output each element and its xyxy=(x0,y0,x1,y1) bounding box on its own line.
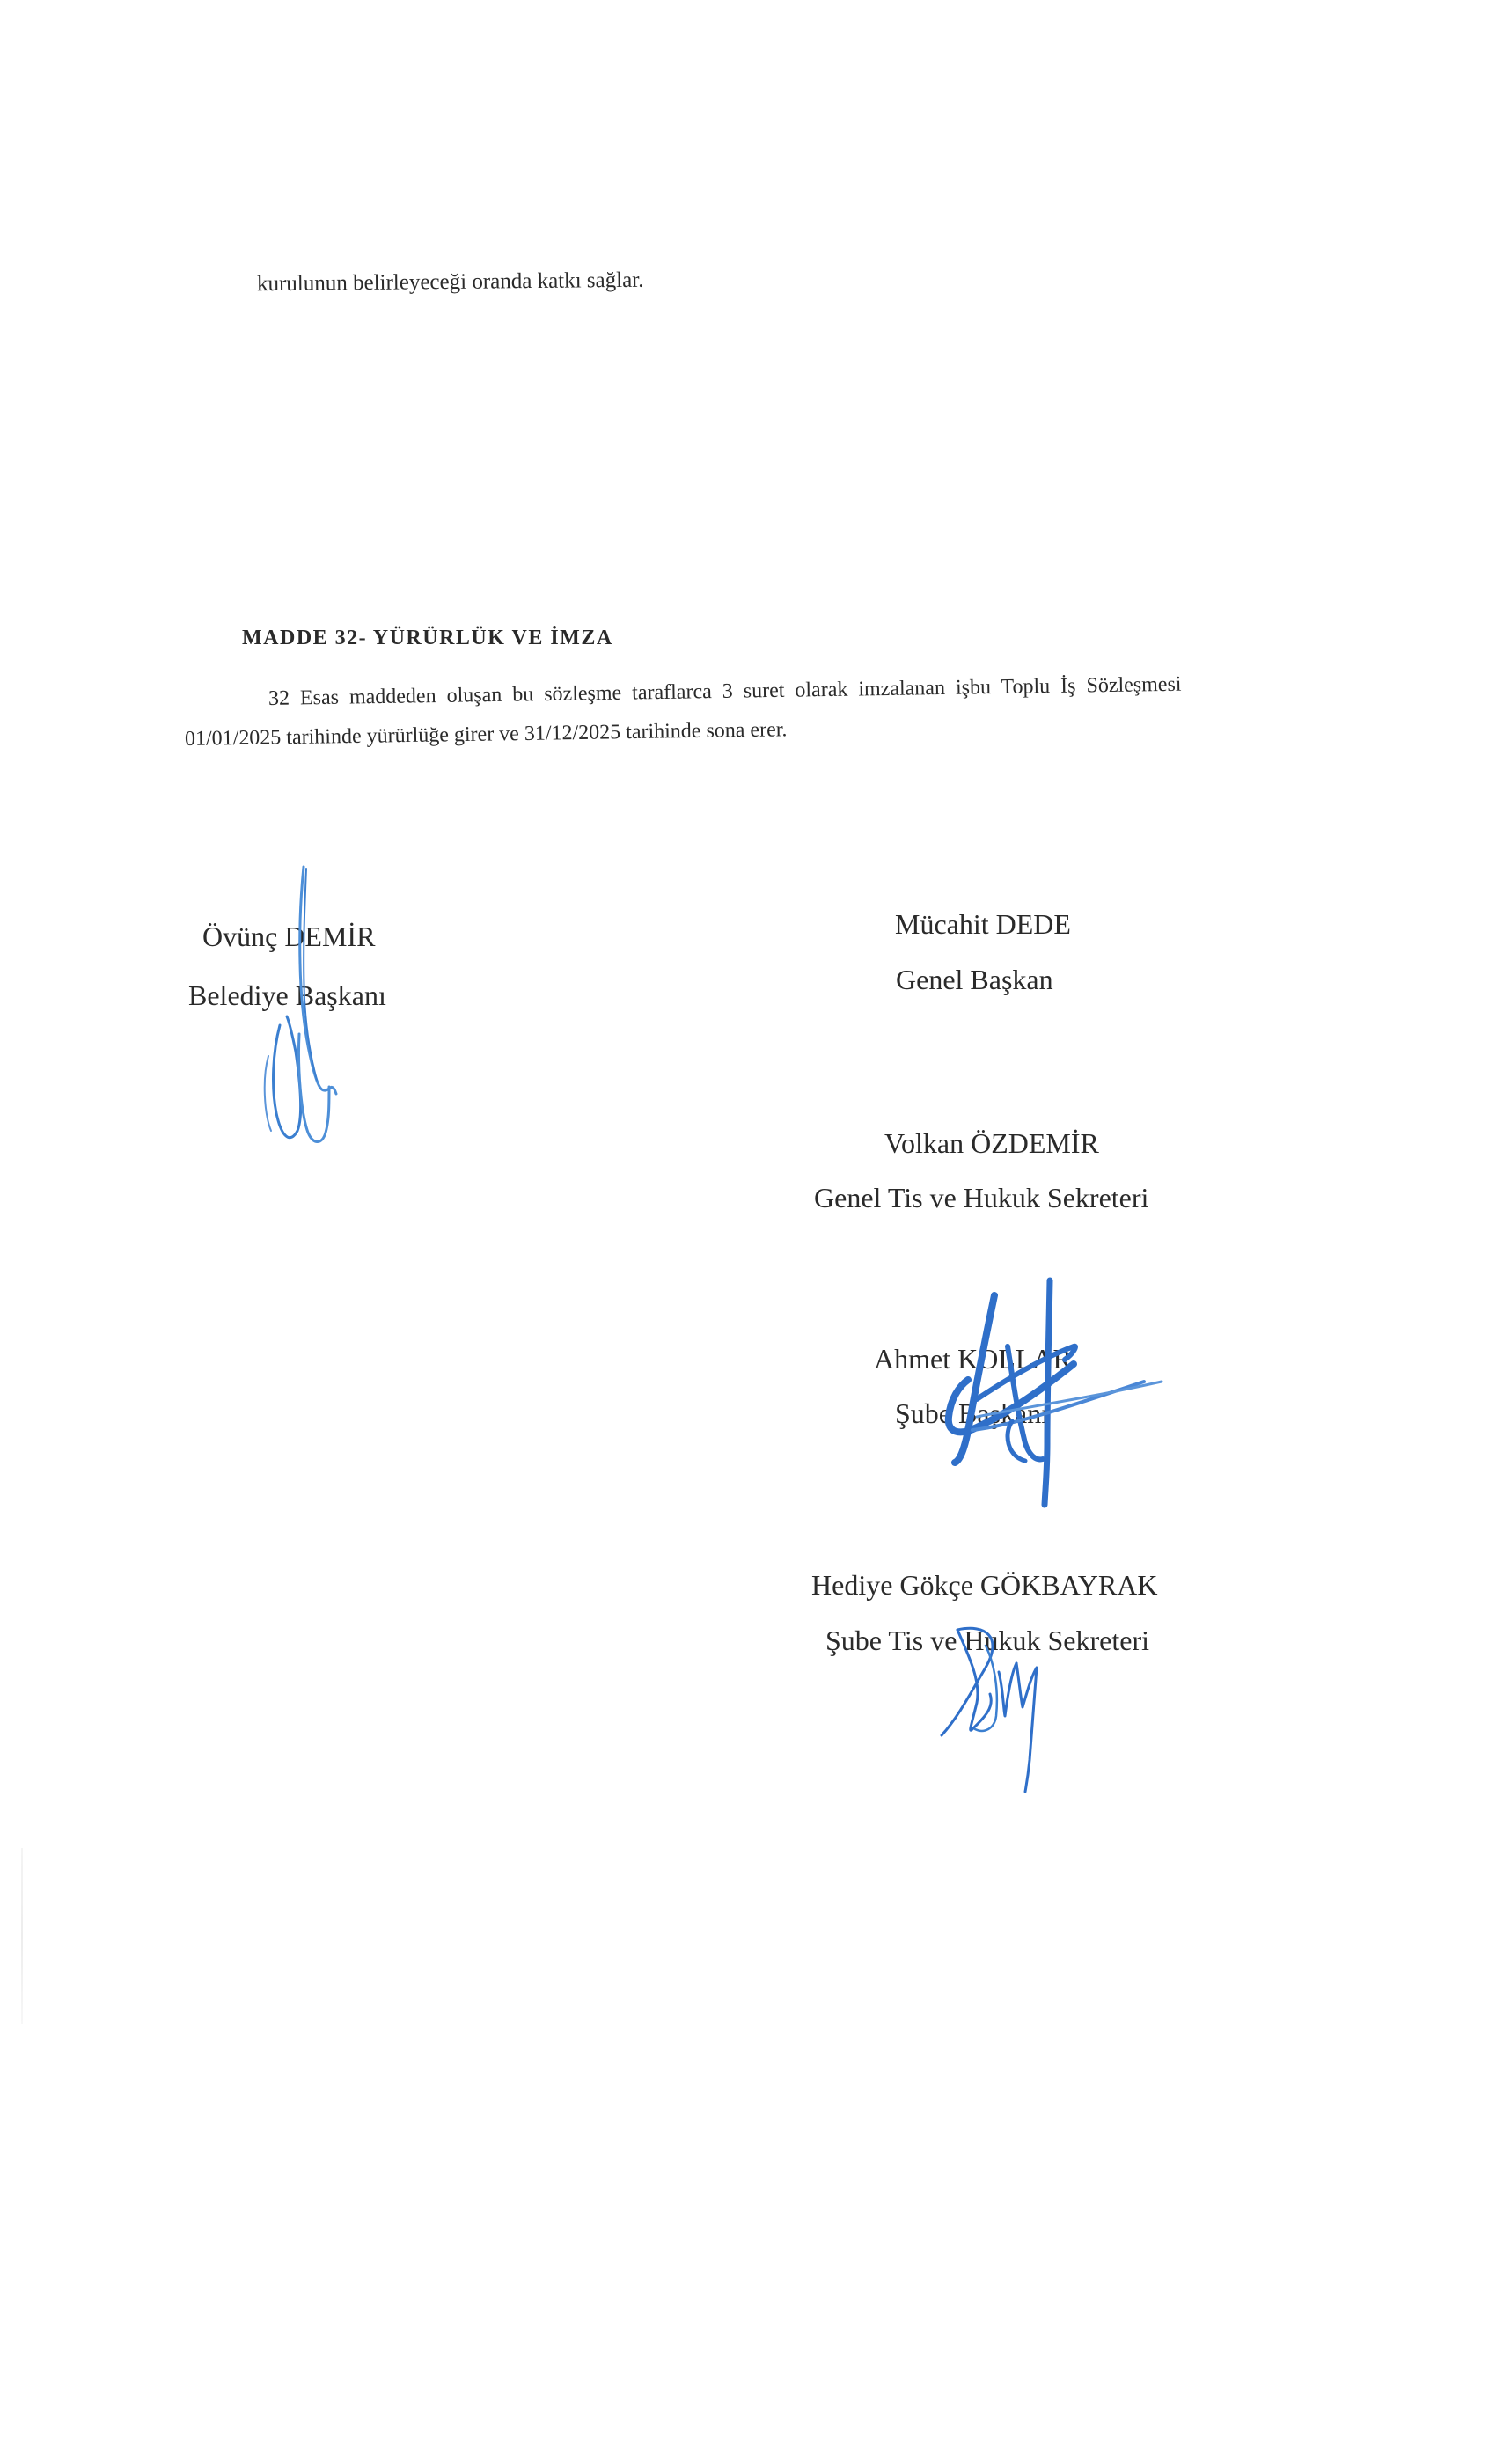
article-paragraph-line-2: 01/01/2025 tarihinde yürürlüğe girer ve … xyxy=(185,719,788,750)
article-paragraph-line-1: 32 Esas maddeden oluşan bu sözleşme tara… xyxy=(268,674,1182,709)
article-heading: MADDE 32- YÜRÜRLÜK VE İMZA xyxy=(242,627,613,649)
handwritten-signature-icon xyxy=(924,1276,1170,1522)
signatory-title: Genel Başkan xyxy=(896,965,1053,994)
signatory-name: Hediye Gökçe GÖKBAYRAK xyxy=(811,1571,1157,1599)
handwritten-signature-icon xyxy=(238,858,370,1157)
signatory-title: Genel Tis ve Hukuk Sekreteri xyxy=(814,1184,1148,1212)
signatory-name: Mücahit DEDE xyxy=(895,910,1071,938)
scan-edge-artifact xyxy=(21,1848,23,2024)
continuation-line: kurulunun belirleyeceği oranda katkı sağ… xyxy=(257,269,644,296)
handwritten-signature-icon xyxy=(933,1619,1109,1795)
signatory-name: Volkan ÖZDEMİR xyxy=(884,1129,1099,1157)
document-page: kurulunun belirleyeceği oranda katkı sağ… xyxy=(0,0,1496,2464)
